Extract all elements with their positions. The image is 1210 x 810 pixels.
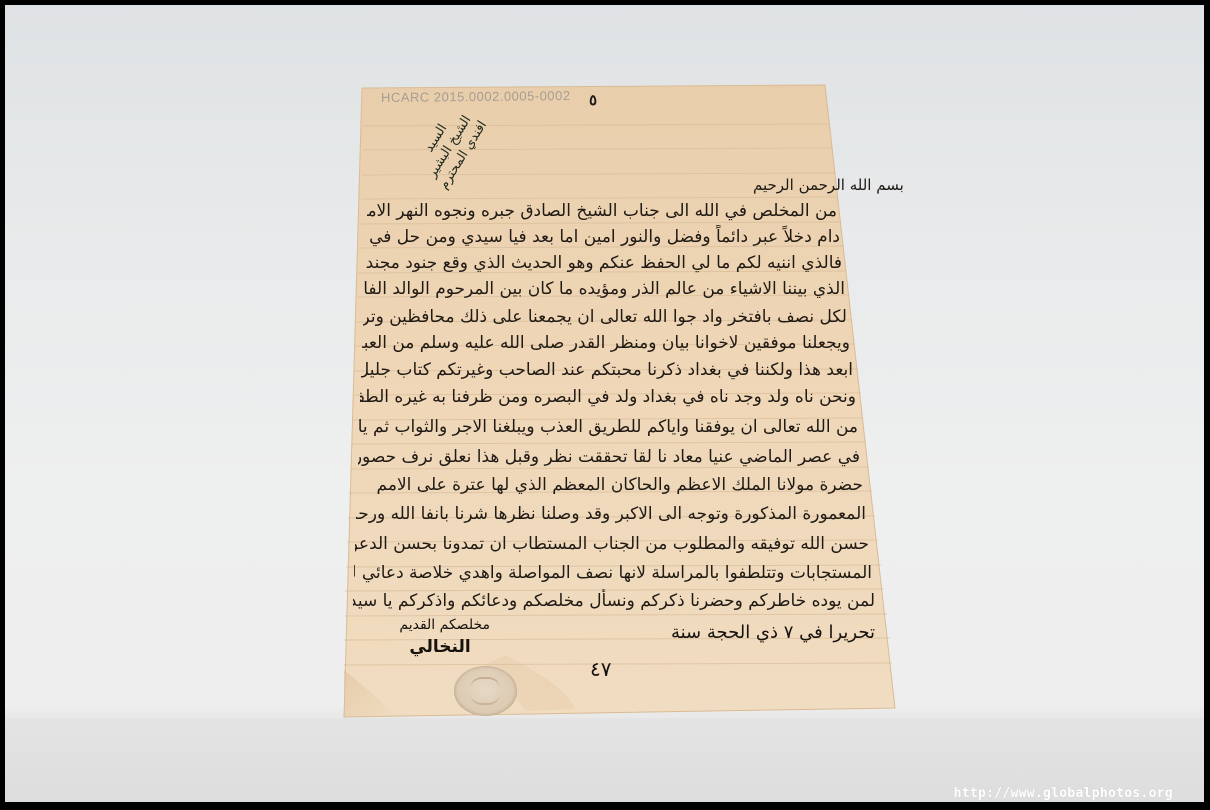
letter-line: المستجابات وتتلطفوا بالمراسلة لانها نصف … <box>354 561 872 585</box>
photo-frame: HCARC 2015.0002.0005-0002 ٥ السيد الشيخ … <box>5 5 1204 802</box>
letter-line: من المخلص في الله الى جناب الشيخ الصادق … <box>367 199 837 223</box>
letter-line: ونحن ناه ولد وجد ناه في بغداد ولد في الب… <box>360 385 856 409</box>
page-number: ٥ <box>589 91 597 109</box>
letter-date: تحريرا في ٧ ذي الحجة سنة <box>575 622 875 643</box>
signature-name: النخالي <box>400 637 480 657</box>
signature-title: مخلصكم القديم <box>400 617 490 633</box>
letter-line: فالذي اننيه لكم ما لي الحفظ عنكم وهو الح… <box>365 251 842 275</box>
letter-line: في عصر الماضي عنيا معاد نا لقا تحققت نظر… <box>358 445 860 469</box>
letter-line: دام دخلاً عبر دائماً وفضل والنور امين ام… <box>366 225 840 249</box>
letter-line: من الله تعالى ان يوفقنا واياكم للطريق ال… <box>359 415 858 439</box>
letter-line: لمن يوده خاطركم وحضرنا ذكركم ونسأل مخلصك… <box>353 589 875 613</box>
letter-line: ويجعلنا موفقين لاخوانا بيان ومنظر القدر … <box>362 331 850 355</box>
ink-seal <box>454 666 517 716</box>
letter-line: الذي بيننا الاشياء من عالم الذر ومؤيده م… <box>364 277 845 301</box>
letter-line: حضرة مولانا الملك الاعظم والحاكان المعظم… <box>357 473 863 497</box>
letter-paper: HCARC 2015.0002.0005-0002 ٥ السيد الشيخ … <box>5 5 1204 802</box>
letter-line: حسن الله توفيقه والمطلوب من الجناب المست… <box>355 532 869 556</box>
letter-line: لكل نصف بافتخر واد جوا الله تعالى ان يجم… <box>363 305 847 329</box>
letter-line: المعمورة المذكورة وتوجه الى الاكبر وقد و… <box>356 502 866 526</box>
letter-year: ٤٧ <box>590 657 611 681</box>
letter-line: ابعد هذا ولكننا في بغداد ذكرنا محبتكم عن… <box>361 358 853 382</box>
basmala-heading: بسم الله الرحمن الرحيم <box>753 176 904 194</box>
seal-emblem-icon <box>470 677 500 705</box>
watermark-url: http://www.globalphotos.org <box>954 786 1173 801</box>
